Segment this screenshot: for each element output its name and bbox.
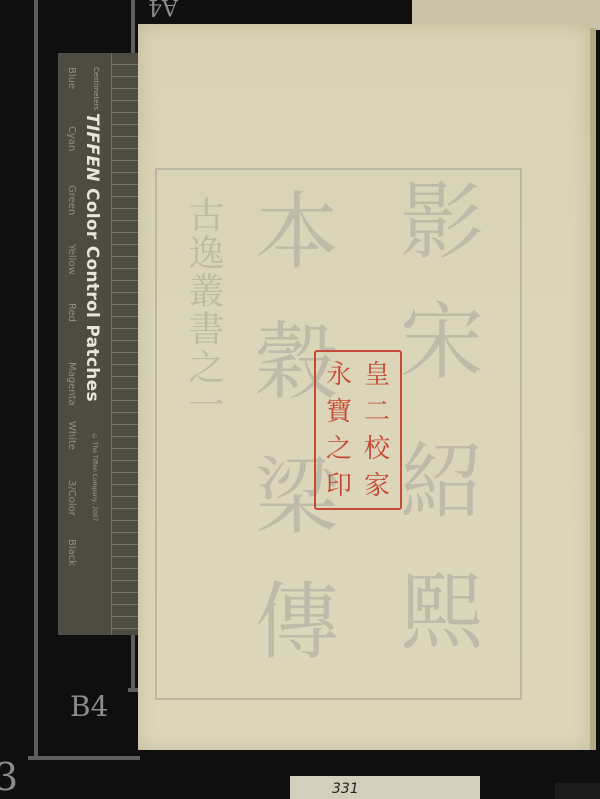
strip-ruler <box>111 53 138 635</box>
seal-char: 校 <box>358 430 396 467</box>
seal-char: 之 <box>320 430 358 467</box>
title-char: 宋 <box>400 300 484 384</box>
mat-outline-left-vertical <box>34 0 38 760</box>
bottom-right-shadow <box>555 783 600 799</box>
mat-label-b4: B4 <box>70 690 108 723</box>
brand-name: TIFFEN <box>82 113 102 182</box>
title-char: 紹 <box>400 440 484 524</box>
bottom-label-number: 331 <box>332 781 359 797</box>
patch-label: Yellow <box>66 244 77 303</box>
seal-char: 家 <box>358 467 396 504</box>
book-edge <box>590 28 596 750</box>
patch-label: Black <box>66 539 77 598</box>
bottom-label-paper <box>290 776 480 799</box>
strip-copyright: © The Tiffen Company, 2007 <box>91 433 98 521</box>
strip-header-small: Centimeters <box>92 67 100 110</box>
patch-label: Blue <box>66 67 77 126</box>
title-char: 影 <box>400 180 484 264</box>
mat-outline-bottom <box>28 756 140 760</box>
seal-char: 二 <box>358 393 396 430</box>
strip-title: Color Control Patches <box>82 188 102 402</box>
color-control-strip: Centimeters TIFFEN Color Control Patches… <box>58 53 140 635</box>
title-char: 本 <box>255 190 339 274</box>
patch-label: Green <box>66 185 77 244</box>
patch-name-list: Blue Cyan Green Yellow Red Magenta White… <box>66 67 77 598</box>
title-char: 熙 <box>400 570 484 654</box>
patch-label: Red <box>66 303 77 362</box>
mat-label-corner: 3 <box>0 755 18 799</box>
title-char: 傳 <box>255 580 339 664</box>
patch-label: 3/Color <box>66 480 77 539</box>
seal-char: 寶 <box>320 393 358 430</box>
mat-label-a4: A4 <box>148 0 178 19</box>
cover-subtitle: 古逸叢書之一 <box>183 196 229 424</box>
patch-label: Cyan <box>66 126 77 185</box>
patch-label: Magenta <box>66 362 77 421</box>
seal-char: 印 <box>320 467 358 504</box>
red-seal-stamp: 永 皇 寶 二 之 校 印 家 <box>314 350 402 510</box>
seal-char: 皇 <box>358 356 396 393</box>
seal-char: 永 <box>320 356 358 393</box>
strip-brand-title: TIFFEN Color Control Patches <box>82 113 102 402</box>
patch-label: White <box>66 421 77 480</box>
